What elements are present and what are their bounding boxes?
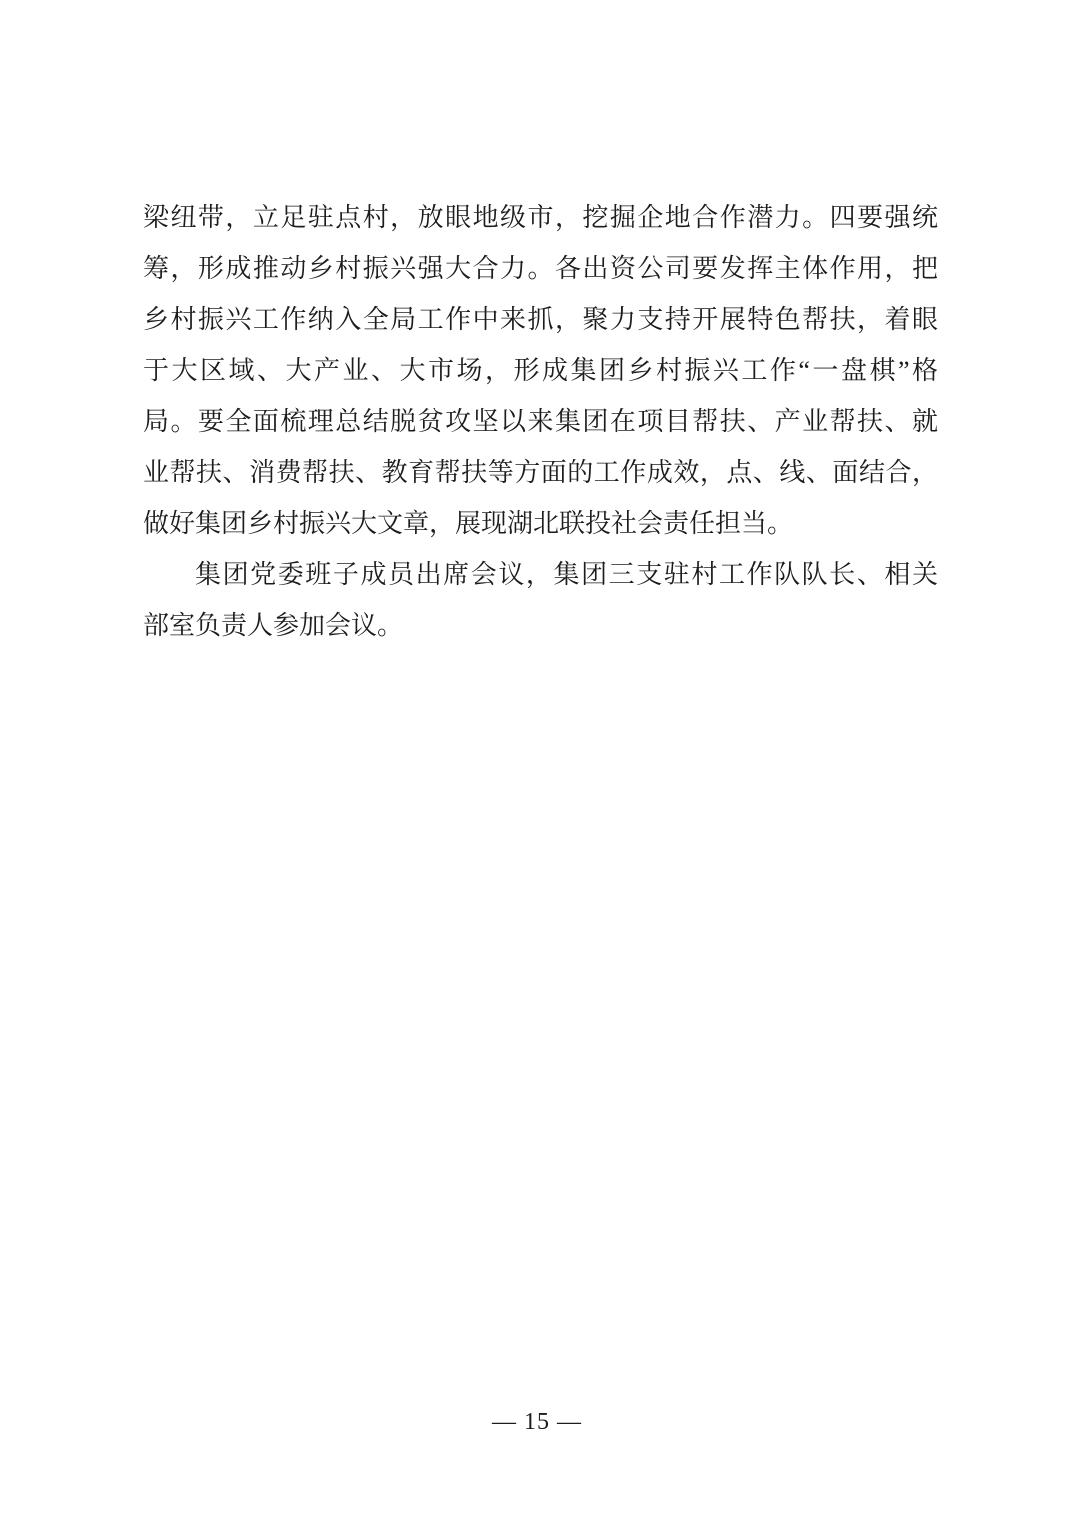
page-number: — 15 — — [492, 1409, 582, 1435]
body-text-line: 筹，形成推动乡村振兴强大合力。各出资公司要发挥主体作用，把 — [143, 243, 938, 294]
document-body: 梁纽带，立足驻点村，放眼地级市，挖掘企地合作潜力。四要强统 筹，形成推动乡村振兴… — [143, 192, 938, 651]
body-text-line: 局。要全面梳理总结脱贫攻坚以来集团在项目帮扶、产业帮扶、就 — [143, 396, 938, 447]
body-text-line: 部室负责人参加会议。 — [143, 600, 938, 651]
body-text-line: 做好集团乡村振兴大文章，展现湖北联投社会责任担当。 — [143, 498, 938, 549]
body-text-line: 业帮扶、消费帮扶、教育帮扶等方面的工作成效，点、线、面结合， — [143, 447, 938, 498]
body-text-line: 集团党委班子成员出席会议，集团三支驻村工作队队长、相关 — [143, 549, 938, 600]
document-page: 梁纽带，立足驻点村，放眼地级市，挖掘企地合作潜力。四要强统 筹，形成推动乡村振兴… — [0, 0, 1074, 1520]
paragraph-2: 集团党委班子成员出席会议，集团三支驻村工作队队长、相关 部室负责人参加会议。 — [143, 549, 938, 651]
body-text-line: 乡村振兴工作纳入全局工作中来抓，聚力支持开展特色帮扶，着眼 — [143, 294, 938, 345]
page-footer: — 15 — — [0, 1404, 1074, 1440]
paragraph-1: 梁纽带，立足驻点村，放眼地级市，挖掘企地合作潜力。四要强统 筹，形成推动乡村振兴… — [143, 192, 938, 549]
body-text-line: 于大区域、大产业、大市场，形成集团乡村振兴工作“一盘棋”格 — [143, 345, 938, 396]
body-text-line: 梁纽带，立足驻点村，放眼地级市，挖掘企地合作潜力。四要强统 — [143, 192, 938, 243]
